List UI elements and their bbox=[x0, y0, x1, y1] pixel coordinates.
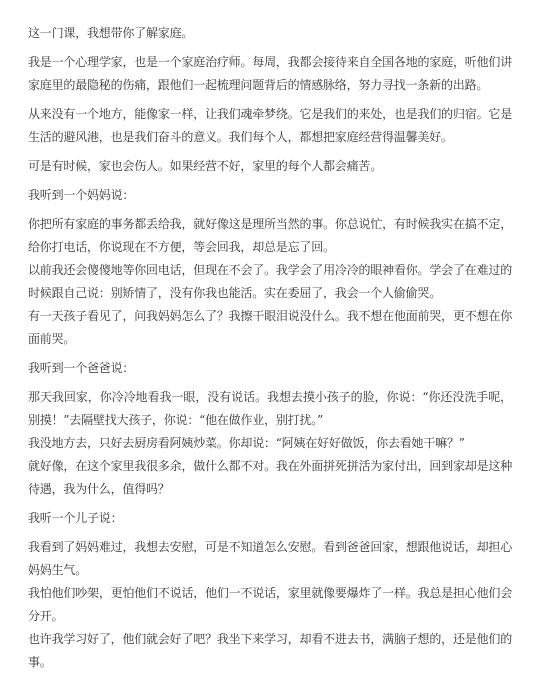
quote-line: 以前我还会傻傻地等你回电话，但现在不会了。我学会了用冷冷的眼神看你。学会了在难过… bbox=[28, 259, 512, 305]
quote-line: 就好像，在这个家里我很多余，做什么都不对。我在外面拼死拼活为家付出，回到家却是这… bbox=[28, 455, 512, 501]
quote-line: 我没地方去，只好去厨房看阿姨炒菜。你却说：“阿姨在好好做饭，你去看她干嘛？” bbox=[28, 432, 512, 455]
quote-line: 你把所有家庭的事务都丢给我，就好像这是理所当然的事。你总说忙，有时候我实在搞不定… bbox=[28, 213, 512, 259]
quote-line: 那天我回家，你冷冷地看我一眼，没有说话。我想去摸小孩子的脸，你说：“你还没洗手呢… bbox=[28, 386, 512, 432]
paragraph-home-meaning: 从来没有一个地方，能像家一样，让我们魂牵梦绕。它是我们的来处，也是我们的归宿。它… bbox=[28, 103, 512, 149]
father-quote-block: 那天我回家，你冷冷地看我一眼，没有说话。我想去摸小孩子的脸，你说：“你还没洗手呢… bbox=[28, 386, 512, 501]
mother-quote-block: 你把所有家庭的事务都丢给我，就好像这是理所当然的事。你总说忙，有时候我实在搞不定… bbox=[28, 213, 512, 351]
paragraph-course-opening: 这一门课，我想带你了解家庭。 bbox=[28, 22, 512, 45]
paragraph-home-hurts: 可是有时候，家也会伤人。如果经营不好，家里的每个人都会痛苦。 bbox=[28, 155, 512, 178]
label-father-says: 我听到一个爸爸说： bbox=[28, 357, 512, 380]
document-body: 这一门课，我想带你了解家庭。 我是一个心理学家，也是一个家庭治疗师。每周，我都会… bbox=[0, 0, 540, 674]
quote-line: 我怕他们吵架，更怕他们不说话，他们一不说话，家里就像要爆炸了一样。我总是担心他们… bbox=[28, 582, 512, 628]
label-mother-says: 我听到一个妈妈说： bbox=[28, 184, 512, 207]
label-son-says: 我听一个儿子说： bbox=[28, 507, 512, 530]
son-quote-block: 我看到了妈妈难过，我想去安慰，可是不知道怎么安慰。看到爸爸回家，想跟他说话，却担… bbox=[28, 536, 512, 674]
quote-line: 也许我学习好了，他们就会好了吧？我坐下来学习，却看不进去书，满脑子想的，还是他们… bbox=[28, 628, 512, 674]
paragraph-therapist-intro: 我是一个心理学家，也是一个家庭治疗师。每周，我都会接待来自全国各地的家庭，听他们… bbox=[28, 51, 512, 97]
quote-line: 有一天孩子看见了，问我妈妈怎么了？我擦干眼泪说没什么。我不想在他面前哭，更不想在… bbox=[28, 305, 512, 351]
quote-line: 我看到了妈妈难过，我想去安慰，可是不知道怎么安慰。看到爸爸回家，想跟他说话，却担… bbox=[28, 536, 512, 582]
